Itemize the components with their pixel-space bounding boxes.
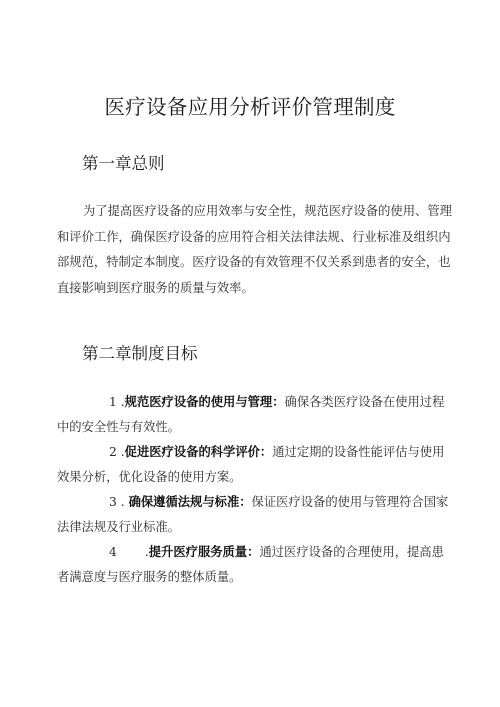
goal-item-separator: . <box>117 495 129 509</box>
goal-item-title: 规范医疗设备的使用与管理： <box>125 394 285 409</box>
goal-item-separator: . <box>117 395 125 409</box>
goal-item-title: 确保遵循法规与标准： <box>129 494 252 509</box>
goal-item-number: 4 <box>83 540 117 565</box>
chapter-1-paragraph: 为了提高医疗设备的应用效率与安全性，规范医疗设备的使用、管理和评价工作，确保医疗… <box>57 199 455 301</box>
chapter-1-heading: 第一章总则 <box>82 150 165 174</box>
goal-item-number: 1 <box>83 390 117 415</box>
document-page: 医疗设备应用分析评价管理制度 第一章总则 为了提高医疗设备的应用效率与安全性，规… <box>0 0 500 707</box>
goal-item-2: 2 .促进医疗设备的科学评价：通过定期的设备性能评估与使用效果分析，优化设备的使… <box>57 440 455 489</box>
goal-item-title: 促进医疗设备的科学评价： <box>125 444 273 459</box>
goal-item-4: 4.提升医疗服务质量：通过医疗设备的合理使用，提高患者满意度与医疗服务的整体质量… <box>57 540 455 589</box>
goal-item-3: 3 . 确保遵循法规与标准：保证医疗设备的使用与管理符合国家法律法规及行业标准。 <box>57 490 455 539</box>
document-title: 医疗设备应用分析评价管理制度 <box>0 90 500 120</box>
goal-item-number: 2 <box>83 440 117 465</box>
goal-item-number: 3 <box>83 490 117 515</box>
goal-item-title: 提升医疗服务质量： <box>149 544 260 559</box>
goal-item-1: 1 .规范医疗设备的使用与管理：确保各类医疗设备在使用过程中的安全性与有效性。 <box>57 390 455 439</box>
chapter-2-heading: 第二章制度目标 <box>82 340 198 364</box>
goal-item-separator: . <box>117 445 125 459</box>
